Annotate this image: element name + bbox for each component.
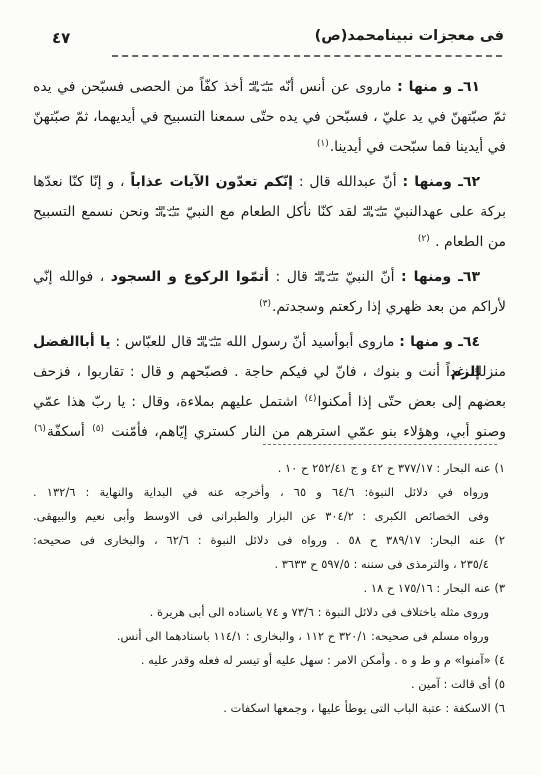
paragraph-number: ٦٢ـ ومنها :: [402, 174, 480, 190]
seal-line-2: عليه وآله: [197, 342, 222, 348]
text-segment: منزلك غداً أنت و بنوك ، فانّ لي فيكم حاج…: [33, 364, 506, 380]
prophet-honorific-seal: صلى اللهعليه وآله: [363, 206, 388, 219]
footnotes: ١) عنه البحار : ٣٧٧/١٧ ح ٤٢ و ج ٢٥٢/٤١ ح…: [33, 456, 505, 720]
text-segment: ثمّ صبّتهنّ في يد عليّ ، فسبّحن في يده ح…: [33, 109, 506, 125]
scanned-book-page: فى معجزات نبينامحمد(ص) ٤٧ ٦١ـ و منها : م…: [0, 0, 541, 775]
paragraph-64: ٦٤ـ و منها : ماروى أبوأسيد أنّ رسول الله…: [33, 327, 506, 447]
text-line: منزلك غداً أنت و بنوك ، فانّ لي فيكم حاج…: [33, 357, 506, 387]
footnote-line: ورواه في دلائل النبوة: ٦٤/٦ و ٦٥ ، وأخرج…: [33, 480, 505, 504]
body-text: ٦١ـ و منها : ماروى عن أنس أنّه صلى اللهع…: [33, 72, 506, 452]
prophet-honorific-seal: صلى اللهعليه وآله: [249, 81, 274, 94]
text-segment: لقد كنّا نأكل الطعام مع النبيّ: [186, 204, 357, 220]
text-segment: بركة على عهدالنبيّ: [393, 204, 506, 220]
text-line: في أيدينا فما سبّحت في أيدينا.(١): [33, 132, 506, 162]
footnote-ref: (٦): [33, 424, 47, 434]
footnote-line: ١) عنه البحار : ٣٧٧/١٧ ح ٤٢ و ج ٢٥٢/٤١ ح…: [33, 456, 505, 480]
text-line: من الطعام . (٢): [33, 227, 506, 257]
text-line: وصنو أبي، وهؤلاء بنو عمّي استرهم من النا…: [33, 417, 506, 447]
footnote-line: ٥) أى قالت : آمين .: [33, 672, 505, 696]
text-segment: في أيدينا فما سبّحت في أيدينا.: [330, 139, 506, 155]
page-number: ٤٧: [52, 29, 70, 47]
seal-line-2: عليه وآله: [249, 87, 274, 93]
paragraph-61: ٦١ـ و منها : ماروى عن أنس أنّه صلى اللهع…: [33, 72, 506, 162]
footnote-line: ٤) «آمنوا» م و ط و ه . وأمكن الامر : سهل…: [33, 648, 505, 672]
paragraph-62: ٦٢ـ ومنها : أنّ عبدالله قال : إنّكم تعدّ…: [33, 167, 506, 257]
text-segment: اشتمل عليهم بملاءة، وقال : يا ربّ هذا عم…: [33, 394, 298, 410]
text-line: ٦٣ـ ومنها : أنّ النبيّ صلى اللهعليه وآله…: [33, 262, 506, 292]
prophet-honorific-seal: صلى اللهعليه وآله: [314, 271, 339, 284]
text-segment: أنّ عبدالله قال :: [299, 174, 397, 190]
text-segment: لأراكم من بعد ظهري إذا ركعتم وسجدتم.: [272, 299, 506, 315]
text-line: ٦١ـ و منها : ماروى عن أنس أنّه صلى اللهع…: [33, 72, 506, 102]
footnote-ref: (٢): [417, 234, 431, 244]
header-rule: [112, 55, 502, 57]
footnote-line: ٣) عنه البحار : ١٧٥/١٦ ح ١٨ .: [33, 576, 505, 600]
text-segment: ماروى أبوأسيد أنّ رسول الله: [226, 334, 394, 350]
seal-line-2: عليه وآله: [363, 212, 388, 218]
footnote-line: ٢٣٥/٤ ، والترمذى فى سننه : ٥٩٧/٥ ح ٣٦٣٣ …: [33, 552, 505, 576]
paragraph-63: ٦٣ـ ومنها : أنّ النبيّ صلى اللهعليه وآله…: [33, 262, 506, 322]
footnote-separator: [263, 444, 497, 445]
text-segment: ، و إنّا كنّا نعدّها: [33, 174, 125, 190]
footnote-line: وفى الخصائص الكبرى : ٣٠٤/٢ عن البزار وال…: [33, 504, 505, 528]
quoted-text: أتمّوا الركوع و السجود: [111, 269, 269, 285]
text-segment: ، فوالله إنّي: [33, 269, 104, 285]
seal-line-2: عليه وآله: [155, 212, 180, 218]
page-header-title: فى معجزات نبينامحمد(ص): [315, 28, 504, 44]
footnote-ref: (١): [316, 139, 330, 149]
text-segment: من الطعام .: [435, 234, 506, 250]
text-line: بركة على عهدالنبيّ صلى اللهعليه وآله لقد…: [33, 197, 506, 227]
prophet-honorific-seal: صلى اللهعليه وآله: [197, 336, 222, 349]
text-segment: وصنو أبي، وهؤلاء بنو عمّي استرهم من النا…: [111, 424, 506, 440]
seal-line-2: عليه وآله: [314, 277, 339, 283]
quoted-text: إنّكم تعدّون الآيات عذاباً: [130, 174, 293, 190]
text-line: ٦٤ـ و منها : ماروى أبوأسيد أنّ رسول الله…: [33, 327, 506, 357]
text-line: ثمّ صبّتهنّ في يد عليّ ، فسبّحن في يده ح…: [33, 102, 506, 132]
text-line: ٦٢ـ ومنها : أنّ عبدالله قال : إنّكم تعدّ…: [33, 167, 506, 197]
footnote-line: ٦) الاسكفة : عتبة الباب التى يوطأ عليها …: [33, 696, 505, 720]
text-segment: أنّ النبيّ: [346, 269, 395, 285]
footnote-line: ورواه مسلم فى صحيحه: ٣٢٠/١ ح ١١٢ ، والبخ…: [33, 624, 505, 648]
text-segment: قال للعبّاس :: [115, 334, 192, 350]
paragraph-number: ٦٤ـ و منها :: [399, 334, 480, 350]
text-segment: ماروى عن أنس أنّه: [279, 79, 392, 95]
text-segment: قال :: [276, 269, 308, 285]
paragraph-number: ٦١ـ و منها :: [397, 79, 480, 95]
text-segment: أسكفّة: [47, 424, 85, 440]
text-segment: بعضهم إلى بعض حتّى إذا أمكنوا: [317, 394, 506, 410]
footnote-ref: (٣): [258, 299, 272, 309]
text-segment: أخذ كفّاً من الحصى فسبّحن في يده: [33, 79, 243, 95]
footnote-ref: (٤): [304, 394, 318, 404]
footnote-line: ٢) عنه البحار: ٣٨٩/١٧ ح ٥٨ . ورواه فى دل…: [33, 528, 505, 552]
text-segment: ونحن نسمع التسبيح: [33, 204, 149, 220]
text-line: لأراكم من بعد ظهري إذا ركعتم وسجدتم.(٣): [33, 292, 506, 322]
footnote-line: وروى مثله باختلاف فى دلائل النبوة : ٧٣/٦…: [33, 600, 505, 624]
text-line: بعضهم إلى بعض حتّى إذا أمكنوا(٤) اشتمل ع…: [33, 387, 506, 417]
footnote-ref: (٥): [91, 424, 105, 434]
paragraph-number: ٦٣ـ ومنها :: [401, 269, 480, 285]
prophet-honorific-seal: صلى اللهعليه وآله: [155, 206, 180, 219]
